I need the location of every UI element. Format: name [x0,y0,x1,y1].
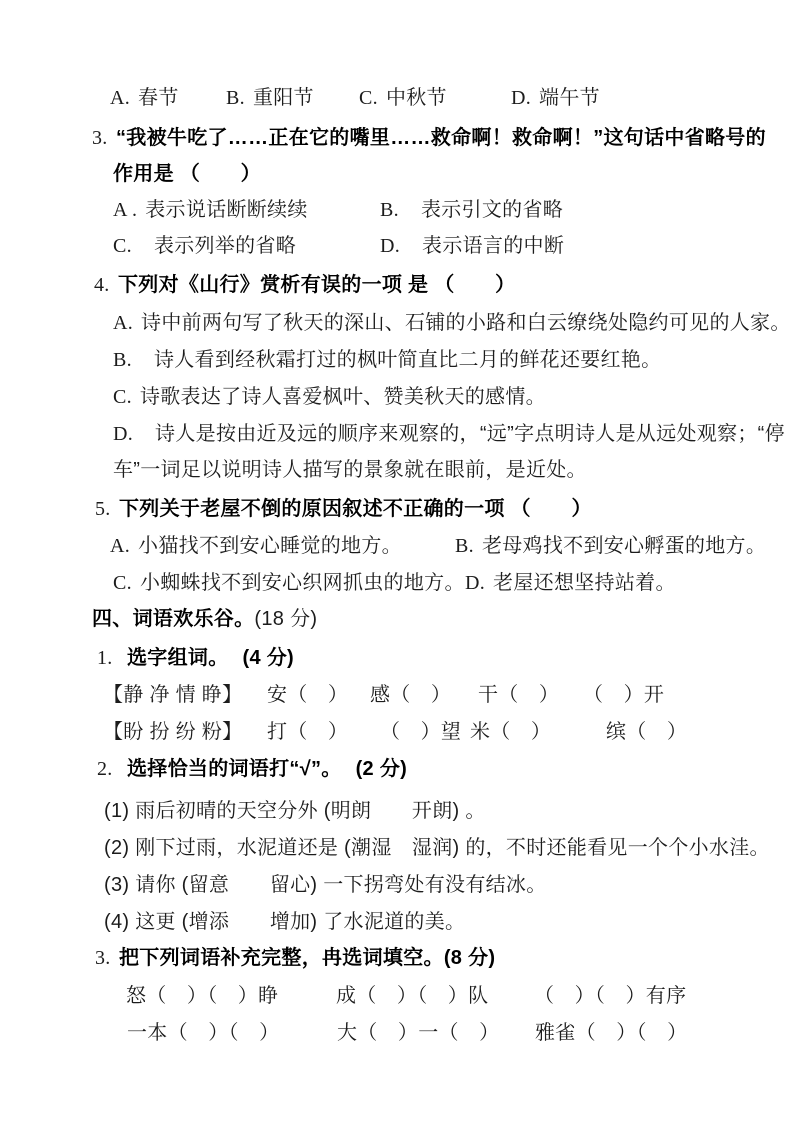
option-c: C.中秋节 [359,85,511,111]
blank-word: 缤（ ） [606,719,687,745]
option-label: C. [359,87,378,109]
option-text: 端午节 [539,87,600,109]
item-1-title: 1.选字组词。(4 分) [97,645,294,671]
option-text: 诗人是按由近及远的顺序来观察的，“远”字点明诗人是从远处观察；“停 [155,423,785,445]
question-number: 4. [94,272,118,298]
idiom-blank: 成（ ）（ ）队 [336,983,534,1009]
option-label: A. [110,535,130,557]
item-number: 1. [97,645,127,671]
option-label: D. [511,87,531,109]
idiom-blank: （ ）（ ）有序 [534,983,686,1009]
option-text-continuation: 车”一词足以说明诗人描写的景象就在眼前，是近处。 [113,459,587,481]
option-text: 表示语言的中断 [422,235,564,257]
character-bank: 【盼 扮 纷 粉】 [103,719,267,745]
option-a: A.小猫找不到安心睡觉的地方。 [110,533,455,559]
question-stem: 下列关于老屋不倒的原因叙述不正确的一项 （ ） [119,498,592,520]
option-label: C. [113,572,132,594]
question-stem-continuation: 作用是 （ ） [113,163,261,185]
blank-word: （ ）开 [583,682,664,708]
question-stem: “我被牛吃了……正在它的嘴里……救命啊！救命啊！”这句话中省略号的 [116,127,766,149]
item-1-row1: 【静 净 情 睁】安（ ）感（ ）干（ ）（ ）开 [103,682,664,708]
option-label: A. [110,87,130,109]
item-title: 选择恰当的词语打“√”。 [127,758,342,780]
option-d: D.老屋还想坚持站着。 [465,570,676,596]
option-text: 春节 [138,87,179,109]
item-2-sub-4: (4) 这更 (增添 增加) 了水泥道的美。 [104,909,465,935]
exam-page: A.春节B.重阳节C.中秋节D.端午节 3.“我被牛吃了……正在它的嘴里……救命… [0,0,793,1122]
option-a: A.春节 [110,85,226,111]
option-text: 表示说话断断续续 [145,199,307,221]
option-label: B. [226,87,245,109]
question-4-option-d-line1: D.诗人是按由近及远的顺序来观察的，“远”字点明诗人是从远处观察；“停 [113,421,785,447]
section-title: 词语欢乐谷。 [133,608,255,630]
option-text: 表示引文的省略 [421,199,563,221]
option-text: 小蜘蛛找不到安心织网抓虫的地方。 [140,572,465,594]
option-c: C.表示列举的省略 [113,233,380,259]
blank-word: 米（ ） [470,719,606,745]
item-title: 把下列词语补充完整，冉选词填空。 [119,947,444,969]
item-2-sub-3: (3) 请你 (留意 留心) 一下拐弯处有没有结冰。 [104,872,547,898]
item-title: 选字组词。 [127,647,229,669]
question-5-stem: 5.下列关于老屋不倒的原因叙述不正确的一项 （ ） [95,496,592,522]
question-5-options-row1: A.小猫找不到安心睡觉的地方。B.老母鸡找不到安心孵蛋的地方。 [110,533,766,559]
question-number: 3. [92,125,116,151]
option-label: C. [113,235,132,257]
option-text: 诗中前两句写了秋天的深山、石铺的小路和白云缭绕处隐约可见的人家。 [141,312,791,334]
option-text: 老屋还想坚持站着。 [493,572,676,594]
option-text: 诗人看到经秋霜打过的枫叶简直比二月的鲜花还要红艳。 [154,349,662,371]
character-bank: 【静 净 情 睁】 [103,682,267,708]
option-b: B.重阳节 [226,85,359,111]
section-score: (18 分) [254,608,317,630]
question-3-stem-line2: 作用是 （ ） [113,161,261,187]
sub-item-text: (1) 雨后初晴的天空分外 (明朗 开朗) 。 [104,800,486,822]
option-label: B. [113,349,132,371]
item-score: (4 分) [243,647,295,669]
option-text: 小猫找不到安心睡觉的地方。 [138,535,402,557]
sub-item-text: (3) 请你 (留意 留心) 一下拐弯处有没有结冰。 [104,874,547,896]
option-b: B.表示引文的省略 [380,197,563,223]
question-3-options-row1: A .表示说话断断续续B.表示引文的省略 [113,197,563,223]
option-b: B.老母鸡找不到安心孵蛋的地方。 [455,533,766,559]
option-label: C. [113,386,132,408]
item-number: 3. [95,945,119,971]
option-label: D. [380,235,400,257]
blank-word: （ ）望 [380,719,470,745]
idiom-blank: 怒（ ）（ ）睁 [126,983,336,1009]
item-3-row2: 一本（ ）（ ）大（ ）一（ ）雅雀（ ）（ ） [127,1020,687,1046]
item-score: (8 分) [444,947,496,969]
sub-item-text: (4) 这更 (增添 增加) 了水泥道的美。 [104,911,465,933]
option-label: A. [113,312,133,334]
question-4-option-c: C.诗歌表达了诗人喜爱枫叶、赞美秋天的感情。 [113,384,546,410]
question-stem: 下列对《山行》赏析有误的一项 是 （ ） [118,274,515,296]
item-2-title: 2.选择恰当的词语打“√”。(2 分) [97,756,407,782]
item-3-row1: 怒（ ）（ ）睁成（ ）（ ）队（ ）（ ）有序 [126,983,686,1009]
option-a: A .表示说话断断续续 [113,197,380,223]
section-number: 四、 [92,608,133,630]
question-3-stem-line1: 3.“我被牛吃了……正在它的嘴里……救命啊！救命啊！”这句话中省略号的 [92,125,766,151]
option-text: 诗歌表达了诗人喜爱枫叶、赞美秋天的感情。 [140,386,546,408]
item-score: (2 分) [356,758,408,780]
blank-word: 感（ ） [370,682,478,708]
item-1-row2: 【盼 扮 纷 粉】打（ ）（ ）望米（ ）缤（ ） [103,719,687,745]
option-text: 老母鸡找不到安心孵蛋的地方。 [482,535,766,557]
option-label: D. [113,423,133,445]
question-4-option-a: A.诗中前两句写了秋天的深山、石铺的小路和白云缭绕处隐约可见的人家。 [113,310,791,336]
option-c: C.小蜘蛛找不到安心织网抓虫的地方。 [113,570,465,596]
blank-word: 干（ ） [478,682,583,708]
blank-word: 打（ ） [267,719,380,745]
option-text: 表示列举的省略 [154,235,296,257]
question-4-stem: 4.下列对《山行》赏析有误的一项 是 （ ） [94,272,515,298]
item-number: 2. [97,756,127,782]
option-d: D.端午节 [511,85,600,111]
item-2-sub-2: (2) 刚下过雨，水泥道还是 (潮湿 湿润) 的，不时还能看见一个个小水洼。 [104,835,770,861]
option-label: A . [113,199,137,221]
idiom-blank: 大（ ）一（ ） [337,1020,535,1046]
idiom-blank: 雅雀（ ）（ ） [535,1020,687,1046]
option-text: 中秋节 [386,87,447,109]
option-text: 重阳节 [253,87,314,109]
section-4-header: 四、词语欢乐谷。(18 分) [92,606,317,632]
question-number: 5. [95,496,119,522]
option-label: D. [465,572,485,594]
option-label: B. [380,199,399,221]
sub-item-text: (2) 刚下过雨，水泥道还是 (潮湿 湿润) 的，不时还能看见一个个小水洼。 [104,837,770,859]
item-3-title: 3.把下列词语补充完整，冉选词填空。(8 分) [95,945,495,971]
prev-question-options-row: A.春节B.重阳节C.中秋节D.端午节 [110,85,600,111]
question-3-options-row2: C.表示列举的省略D.表示语言的中断 [113,233,564,259]
option-d: D.表示语言的中断 [380,233,564,259]
idiom-blank: 一本（ ）（ ） [127,1020,337,1046]
question-4-option-b: B.诗人看到经秋霜打过的枫叶简直比二月的鲜花还要红艳。 [113,347,661,373]
blank-word: 安（ ） [267,682,370,708]
option-label: B. [455,535,474,557]
question-5-options-row2: C.小蜘蛛找不到安心织网抓虫的地方。D.老屋还想坚持站着。 [113,570,676,596]
question-4-option-d-line2: 车”一词足以说明诗人描写的景象就在眼前，是近处。 [113,457,587,483]
item-2-sub-1: (1) 雨后初晴的天空分外 (明朗 开朗) 。 [104,798,486,824]
